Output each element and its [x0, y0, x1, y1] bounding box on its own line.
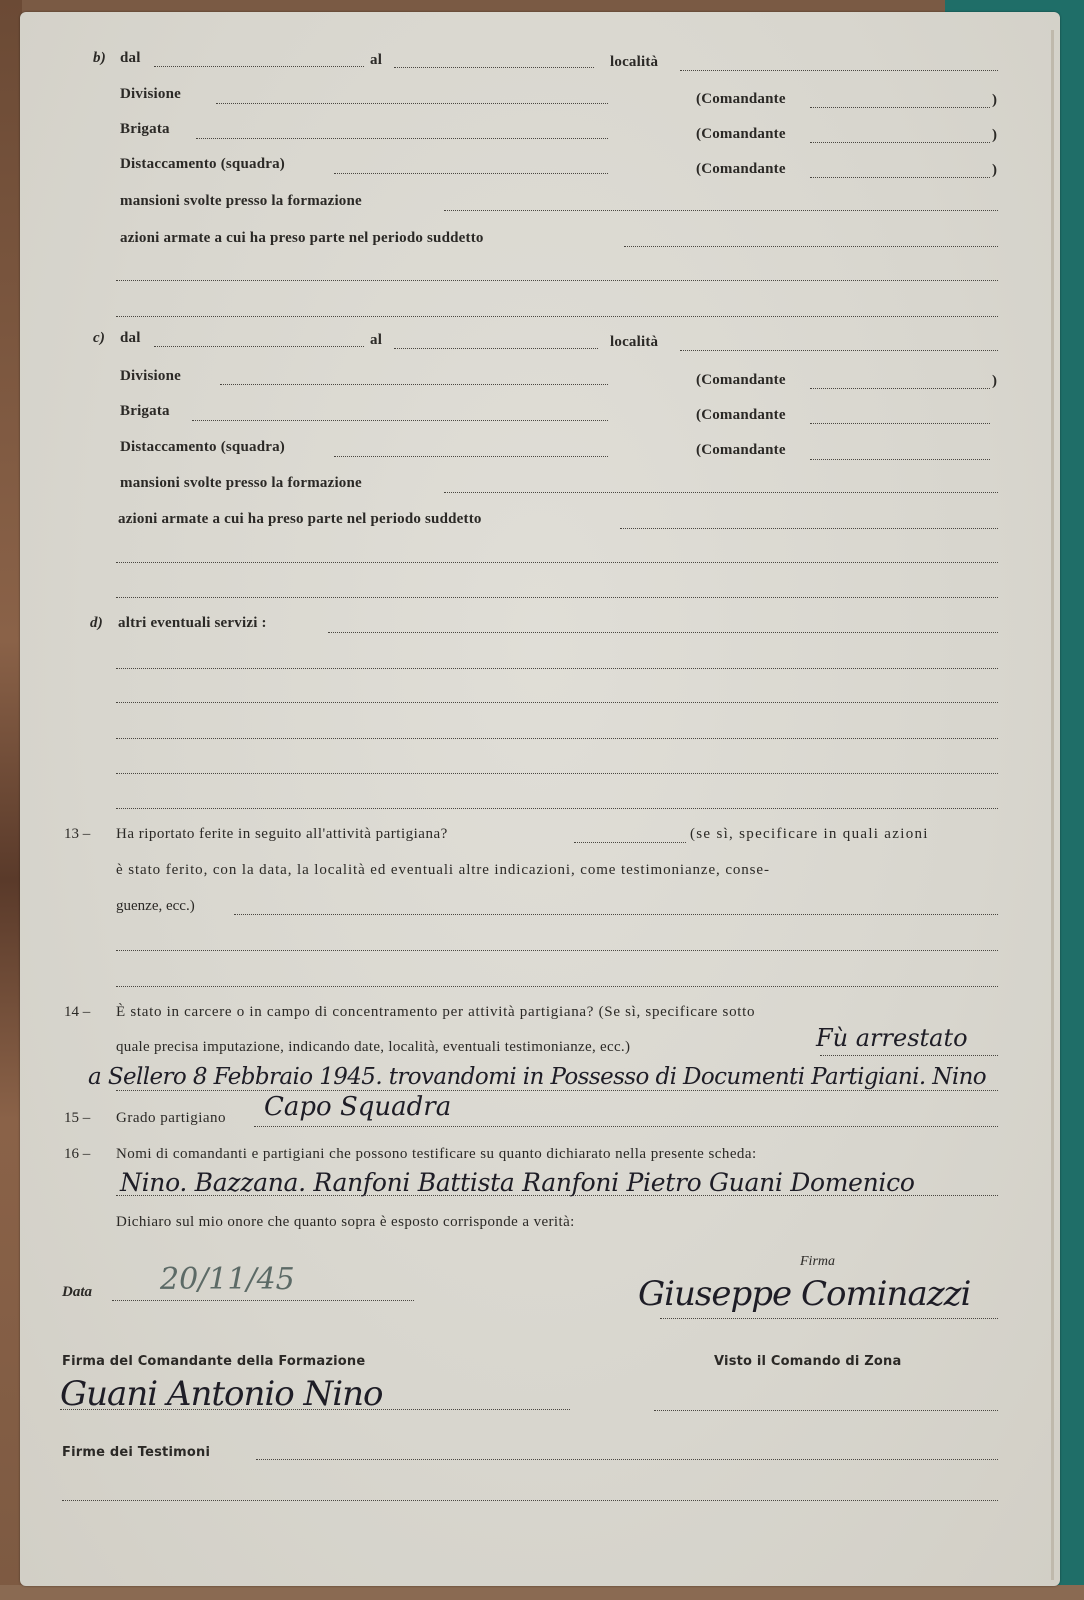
q13-detail-field[interactable] — [234, 914, 998, 915]
section-b-brigata-label: Brigata — [120, 121, 170, 138]
q14-number: 14 – — [64, 1004, 90, 1021]
q13-text-2: è stato ferito, con la data, la località… — [116, 862, 770, 879]
q15-number: 15 – — [64, 1110, 90, 1127]
section-c-comandante-2-field[interactable] — [810, 423, 990, 424]
section-c-mansioni-field[interactable] — [444, 492, 998, 493]
q14-handwritten-answer-1: Fù arrestato — [816, 1024, 968, 1052]
section-c-marker: c) — [93, 330, 105, 347]
form-page: b) dal al località Divisione (Comandante… — [20, 12, 1060, 1586]
section-c-mansioni-label: mansioni svolte presso la formazione — [120, 475, 362, 492]
section-c-divisione-label: Divisione — [120, 368, 181, 385]
paren-close: ) — [992, 127, 997, 144]
section-c-dal-label: dal — [120, 330, 141, 347]
section-d-line[interactable] — [116, 668, 998, 669]
section-b-comandante-3-field[interactable] — [810, 177, 990, 178]
commander-signature-label: Firma del Comandante della Formazione — [62, 1354, 365, 1369]
section-b-distaccamento-label: Distaccamento (squadra) — [120, 156, 285, 173]
section-c-azioni-field[interactable] — [620, 528, 998, 529]
section-b-comandante-2-label: (Comandante — [696, 126, 786, 143]
section-b-localita-field[interactable] — [680, 70, 998, 71]
section-b-al-label: al — [370, 52, 382, 69]
witnesses-label: Firme dei Testimoni — [62, 1445, 210, 1460]
q13-number: 13 – — [64, 826, 90, 843]
section-c-brigata-label: Brigata — [120, 403, 170, 420]
section-d-line[interactable] — [116, 773, 998, 774]
section-c-comandante-3-field[interactable] — [810, 459, 990, 460]
q14-text-2: quale precisa imputazione, indicando dat… — [116, 1039, 630, 1056]
witnesses-field[interactable] — [256, 1459, 998, 1460]
q15-label: Grado partigiano — [116, 1110, 226, 1127]
section-b-azioni-line[interactable] — [116, 280, 998, 281]
section-b-mansioni-label: mansioni svolte presso la formazione — [120, 193, 362, 210]
q13-answer-field[interactable] — [574, 842, 686, 843]
section-b-dal-label: dal — [120, 50, 141, 67]
section-c-azioni-label: azioni armate a cui ha preso parte nel p… — [118, 511, 482, 528]
section-c-distaccamento-field[interactable] — [334, 456, 608, 457]
declaration-text: Dichiaro sul mio onore che quanto sopra … — [116, 1214, 575, 1231]
background-wood — [0, 0, 22, 1600]
q13-text-3: guenze, ecc.) — [116, 898, 195, 915]
section-c-al-label: al — [370, 332, 382, 349]
zone-command-label: Visto il Comando di Zona — [714, 1354, 901, 1369]
q16-label: Nomi di comandanti e partigiani che poss… — [116, 1146, 757, 1163]
section-b-azioni-label: azioni armate a cui ha preso parte nel p… — [120, 230, 484, 247]
section-b-divisione-field[interactable] — [216, 103, 608, 104]
section-b-divisione-label: Divisione — [120, 86, 181, 103]
section-c-dal-field[interactable] — [154, 346, 364, 347]
section-d-marker: d) — [90, 615, 103, 632]
section-d-line[interactable] — [116, 808, 998, 809]
background-table — [0, 1585, 1084, 1600]
section-b-localita-label: località — [610, 54, 658, 71]
paren-close: ) — [992, 92, 997, 109]
section-c-al-field[interactable] — [394, 348, 598, 349]
q13-text-1: Ha riportato ferite in seguito all'attiv… — [116, 826, 448, 843]
date-field[interactable] — [112, 1300, 414, 1301]
firma-field[interactable] — [660, 1318, 998, 1319]
section-c-localita-field[interactable] — [680, 350, 998, 351]
section-b-dal-field[interactable] — [154, 66, 364, 67]
section-c-comandante-3-label: (Comandante — [696, 442, 786, 459]
section-b-comandante-1-field[interactable] — [810, 107, 990, 108]
section-c-azioni-line[interactable] — [116, 597, 998, 598]
q15-answer-field[interactable] — [254, 1126, 998, 1127]
paren-close: ) — [992, 373, 997, 390]
witnesses-line[interactable] — [62, 1500, 998, 1501]
section-b-distaccamento-field[interactable] — [334, 173, 608, 174]
section-b-azioni-line[interactable] — [116, 316, 998, 317]
section-b-brigata-field[interactable] — [196, 138, 608, 139]
q14-handwritten-answer-2: a Sellero 8 Febbraio 1945. trovandomi in… — [88, 1064, 986, 1090]
section-c-localita-label: località — [610, 334, 658, 351]
q13-text-1b: (se sì, specificare in quali azioni — [690, 826, 929, 843]
date-handwritten: 20/11/45 — [160, 1262, 295, 1297]
zone-command-field[interactable] — [654, 1410, 998, 1411]
paren-close: ) — [992, 162, 997, 179]
section-b-azioni-field[interactable] — [624, 246, 998, 247]
firma-label: Firma — [800, 1254, 835, 1270]
q16-handwritten-answer: Nino. Bazzana. Ranfoni Battista Ranfoni … — [120, 1168, 915, 1197]
section-d-field[interactable] — [328, 632, 998, 633]
section-b-mansioni-field[interactable] — [444, 210, 998, 211]
section-c-comandante-1-field[interactable] — [810, 388, 990, 389]
date-label: Data — [62, 1284, 92, 1301]
section-c-divisione-field[interactable] — [220, 384, 608, 385]
q15-handwritten-answer: Capo Squadra — [264, 1092, 451, 1122]
firma-signature: Giuseppe Cominazzi — [638, 1274, 970, 1314]
section-b-marker: b) — [93, 50, 106, 67]
q14-text-1: È stato in carcere o in campo di concent… — [116, 1004, 755, 1021]
q16-number: 16 – — [64, 1146, 90, 1163]
section-b-al-field[interactable] — [394, 67, 594, 68]
section-c-brigata-field[interactable] — [192, 420, 608, 421]
section-b-comandante-1-label: (Comandante — [696, 91, 786, 108]
q13-detail-line[interactable] — [116, 950, 998, 951]
section-b-comandante-3-label: (Comandante — [696, 161, 786, 178]
section-b-comandante-2-field[interactable] — [810, 142, 990, 143]
q14-answer-field[interactable] — [820, 1055, 998, 1056]
q14-answer-line[interactable] — [116, 1090, 998, 1091]
section-c-comandante-2-label: (Comandante — [696, 407, 786, 424]
section-d-line[interactable] — [116, 738, 998, 739]
commander-signature: Guani Antonio Nino — [60, 1374, 383, 1414]
paper-edge — [1051, 30, 1054, 1580]
section-d-line[interactable] — [116, 702, 998, 703]
section-c-azioni-line[interactable] — [116, 562, 998, 563]
section-d-label: altri eventuali servizi : — [118, 615, 267, 632]
section-c-distaccamento-label: Distaccamento (squadra) — [120, 439, 285, 456]
q13-detail-line[interactable] — [116, 986, 998, 987]
section-c-comandante-1-label: (Comandante — [696, 372, 786, 389]
